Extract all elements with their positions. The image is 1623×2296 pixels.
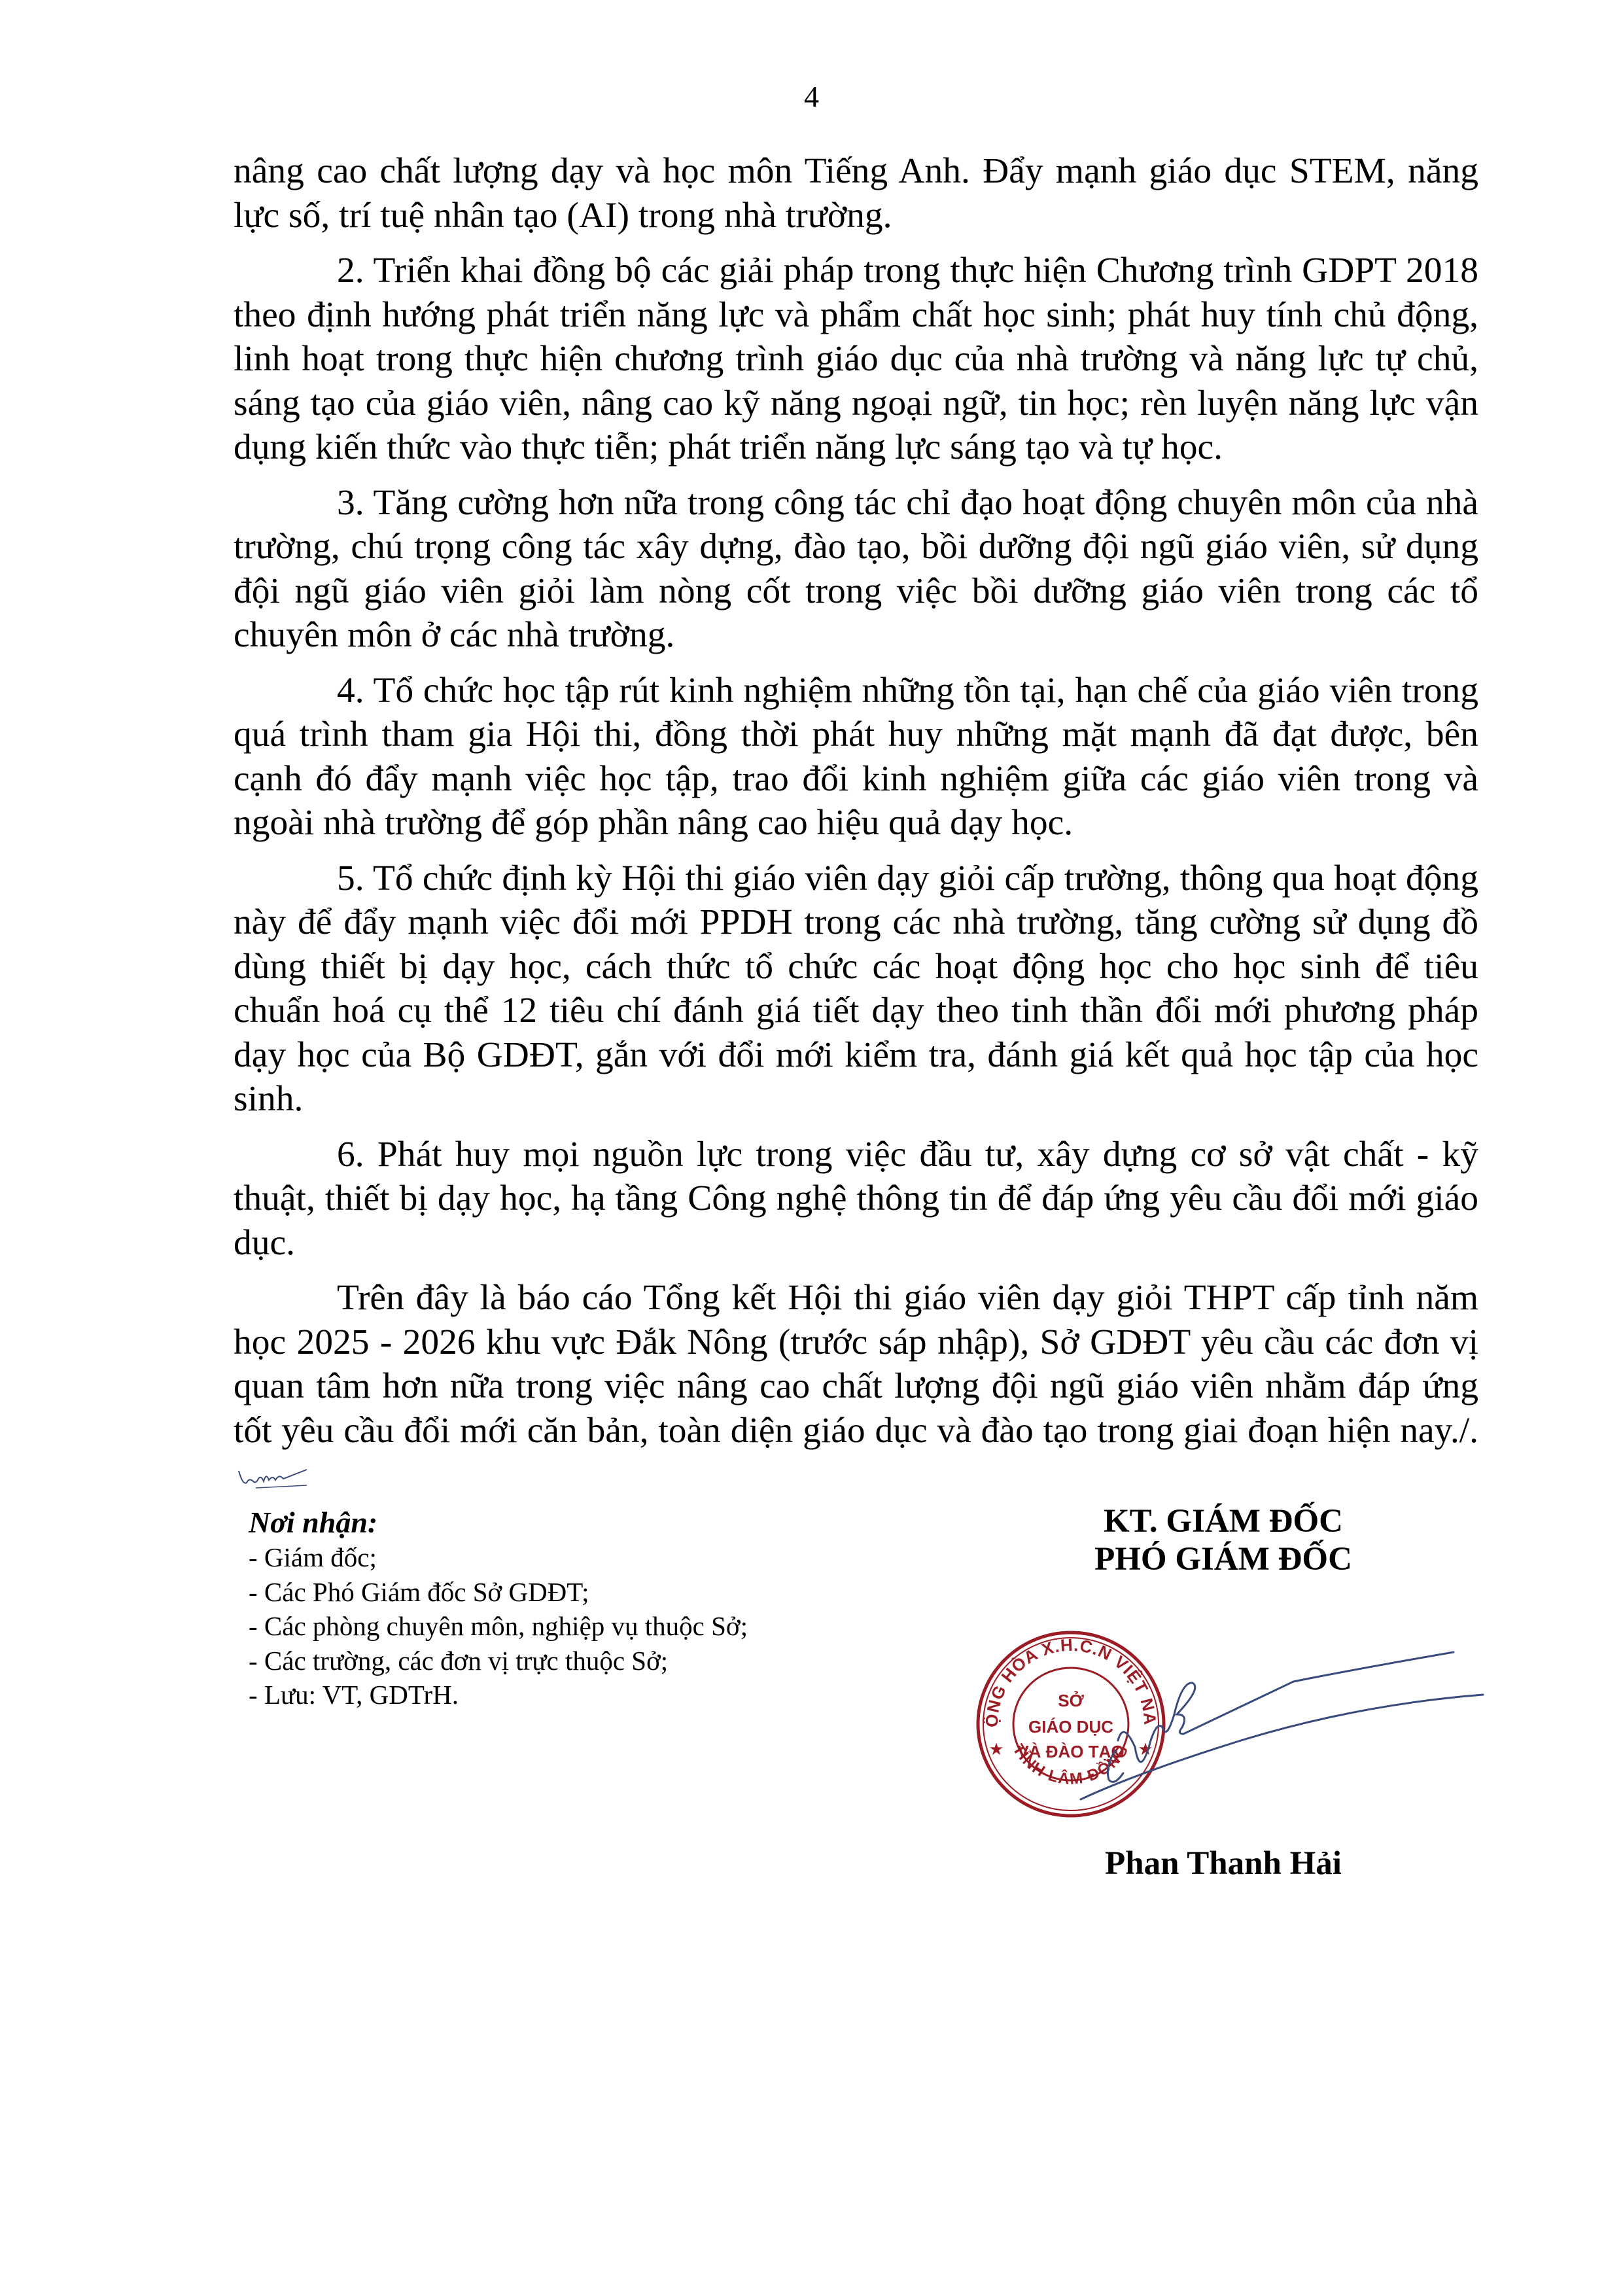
- page-number: 4: [0, 77, 1623, 116]
- signature-title-block: KT. GIÁM ĐỐC PHÓ GIÁM ĐỐC: [1007, 1502, 1439, 1578]
- document-body: nâng cao chất lượng dạy và học môn Tiếng…: [234, 149, 1478, 1497]
- paragraph-item-5: 5. Tổ chức định kỳ Hội thi giáo viên dạy…: [234, 857, 1478, 1122]
- recipient-item: - Các Phó Giám đốc Sở GDĐT;: [249, 1575, 837, 1610]
- seal-icon: CỘNG HÒA X.H.C.N VIỆT NAM TỈNH LÂM ĐỒNG …: [966, 1616, 1164, 1816]
- paragraph-continuation: nâng cao chất lượng dạy và học môn Tiếng…: [234, 149, 1478, 238]
- seal-center-line1: SỞ: [1058, 1690, 1084, 1710]
- recipient-item: - Giám đốc;: [249, 1540, 837, 1575]
- signer-name: Phan Thanh Hải: [1007, 1844, 1439, 1883]
- initials-signature-icon: [236, 1466, 308, 1489]
- signer-position: PHÓ GIÁM ĐỐC: [1007, 1540, 1439, 1578]
- paragraph-conclusion: Trên đây là báo cáo Tổng kết Hội thi giá…: [234, 1276, 1478, 1497]
- paragraph-item-3: 3. Tăng cường hơn nữa trong công tác chỉ…: [234, 481, 1478, 658]
- recipient-item: - Các trường, các đơn vị trực thuộc Sở;: [249, 1644, 837, 1678]
- paragraph-item-6: 6. Phát huy mọi nguồn lực trong việc đầu…: [234, 1133, 1478, 1265]
- recipients-block: Nơi nhận: - Giám đốc; - Các Phó Giám đốc…: [249, 1505, 837, 1712]
- official-seal-and-signature: CỘNG HÒA X.H.C.N VIỆT NAM TỈNH LÂM ĐỒNG …: [966, 1616, 1490, 1819]
- conclusion-text: Trên đây là báo cáo Tổng kết Hội thi giá…: [234, 1278, 1478, 1451]
- seal-center-line3: VÀ ĐÀO TẠO: [1017, 1742, 1124, 1761]
- signer-authority: KT. GIÁM ĐỐC: [1007, 1502, 1439, 1540]
- paragraph-item-4: 4. Tổ chức học tập rút kinh nghiệm những…: [234, 669, 1478, 845]
- seal-center-line2: GIÁO DỤC: [1028, 1717, 1113, 1737]
- paragraph-item-2: 2. Triển khai đồng bộ các giải pháp tron…: [234, 249, 1478, 470]
- recipient-item: - Các phòng chuyên môn, nghiệp vụ thuộc …: [249, 1609, 837, 1644]
- recipients-title: Nơi nhận:: [249, 1505, 837, 1540]
- recipient-item: - Lưu: VT, GDTrH.: [249, 1678, 837, 1712]
- svg-text:★: ★: [988, 1740, 1003, 1759]
